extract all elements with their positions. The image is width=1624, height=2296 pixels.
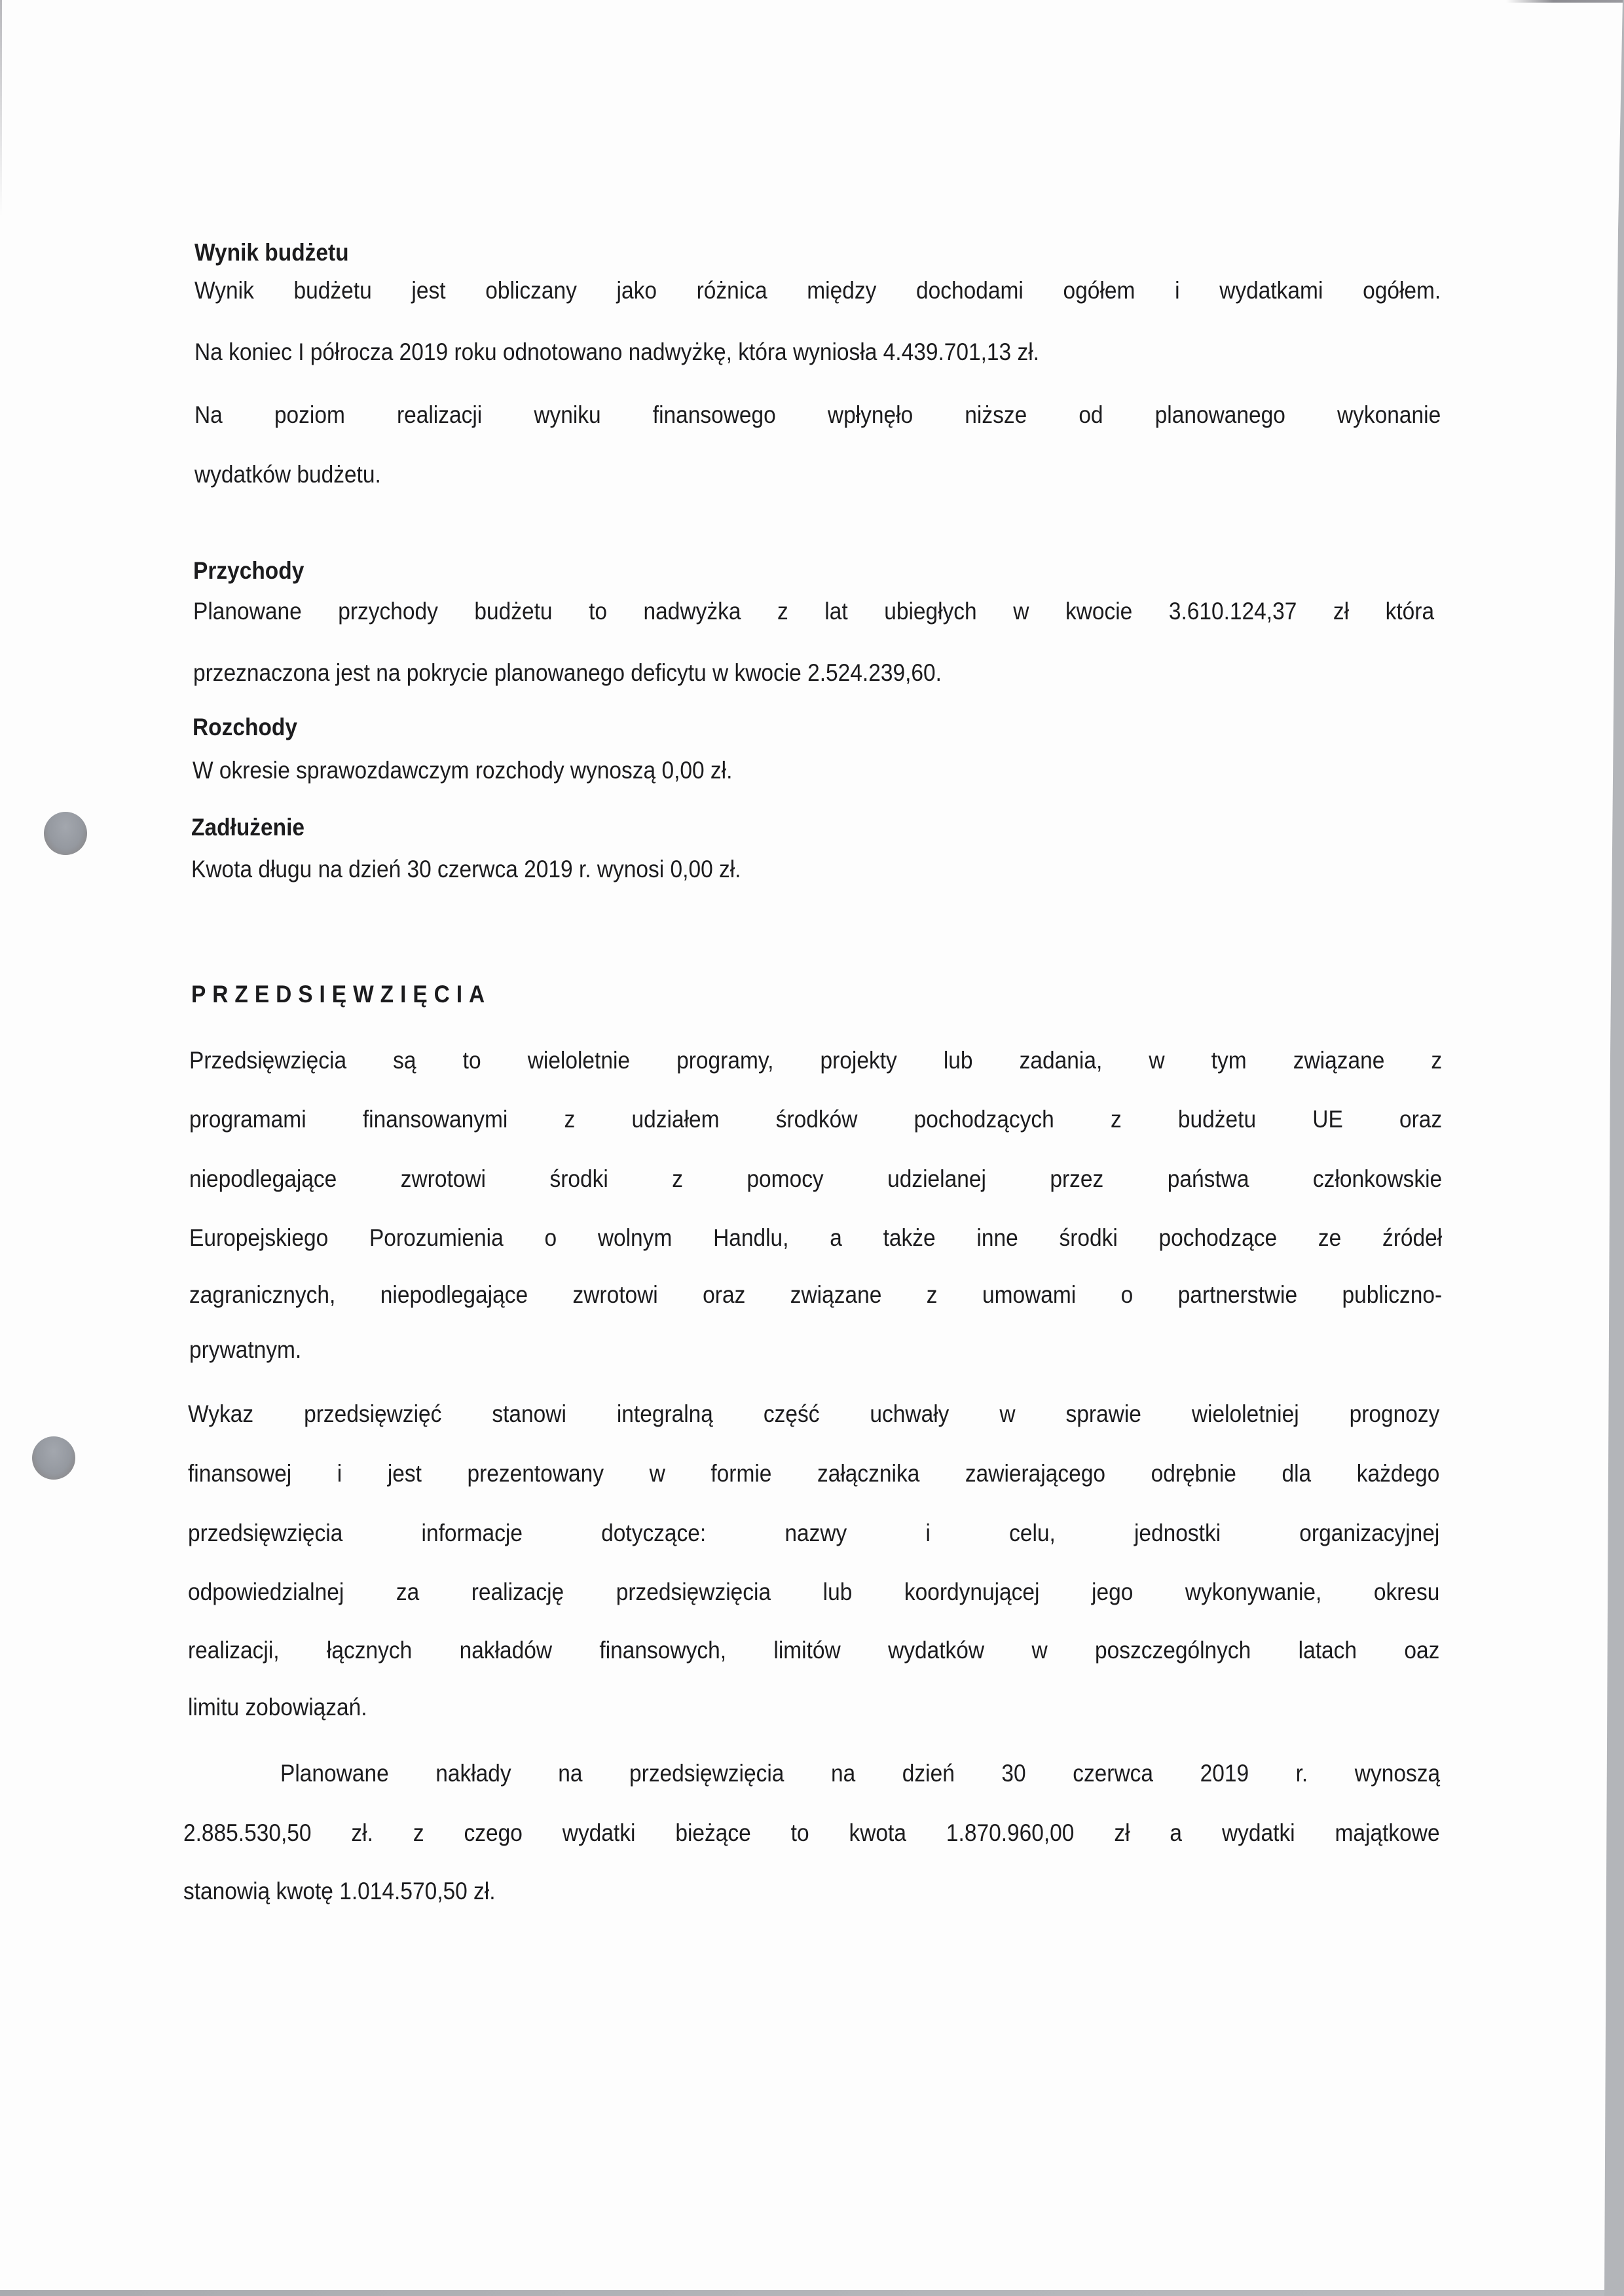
paragraph-line: Europejskiego Porozumienia o wolnym Hand… xyxy=(189,1224,1442,1252)
paragraph-line: Wynik budżetu jest obliczany jako różnic… xyxy=(194,276,1441,305)
scanned-page: Wynik budżetu Wynik budżetu jest oblicza… xyxy=(0,0,1624,2296)
paragraph-line: 2.885.530,50 zł. z czego wydatki bieżące… xyxy=(183,1819,1440,1848)
paragraph-line: Wykaz przedsięwzięć stanowi integralną c… xyxy=(188,1400,1439,1429)
punch-hole-icon xyxy=(32,1436,75,1480)
paragraph-line: przedsięwzięcia informacje dotyczące: na… xyxy=(188,1519,1439,1548)
paragraph-line: stanowią kwotę 1.014.570,50 zł. xyxy=(183,1877,496,1906)
paragraph-line: Na koniec I półrocza 2019 roku odnotowan… xyxy=(194,338,1039,367)
paragraph-line-indented: Planowane nakłady na przedsięwzięcia na … xyxy=(280,1759,1440,1788)
scan-edge-top xyxy=(1506,0,1624,3)
section-heading-rozchody: Rozchody xyxy=(193,713,297,742)
paragraph-line: finansowej i jest prezentowany w formie … xyxy=(188,1459,1439,1488)
paragraph-line: limitu zobowiązań. xyxy=(188,1693,367,1722)
paragraph-line: Kwota długu na dzień 30 czerwca 2019 r. … xyxy=(191,855,741,884)
paragraph-line: W okresie sprawozdawczym rozchody wynosz… xyxy=(193,756,732,785)
paragraph-line: Przedsięwzięcia są to wieloletnie progra… xyxy=(189,1046,1442,1075)
paragraph-line: odpowiedzialnej za realizację przedsięwz… xyxy=(188,1578,1439,1607)
paragraph-line: Na poziom realizacji wyniku finansowego … xyxy=(194,401,1441,429)
scan-edge-left xyxy=(0,0,2,216)
section-heading-przedsiewziecia: PRZEDSIĘWZIĘCIA xyxy=(191,980,491,1009)
scan-edge-bottom xyxy=(0,2290,1604,2296)
section-heading-wynik: Wynik budżetu xyxy=(194,238,349,267)
paragraph-line: realizacji, łącznych nakładów finansowyc… xyxy=(188,1636,1439,1665)
punch-hole-icon xyxy=(44,812,87,855)
paragraph-line: programami finansowanymi z udziałem środ… xyxy=(189,1105,1442,1134)
paragraph-line: wydatków budżetu. xyxy=(194,460,381,489)
scan-edge-right xyxy=(1602,0,1624,2296)
section-heading-przychody: Przychody xyxy=(193,556,304,585)
section-heading-zadluzenie: Zadłużenie xyxy=(191,813,304,842)
paragraph-line: niepodlegające zwrotowi środki z pomocy … xyxy=(189,1165,1442,1194)
paragraph-line: Planowane przychody budżetu to nadwyżka … xyxy=(193,597,1434,626)
paragraph-line: prywatnym. xyxy=(189,1336,301,1364)
paragraph-line: przeznaczona jest na pokrycie planowaneg… xyxy=(193,659,942,687)
paragraph-line: zagranicznych, niepodlegające zwrotowi o… xyxy=(189,1281,1442,1309)
